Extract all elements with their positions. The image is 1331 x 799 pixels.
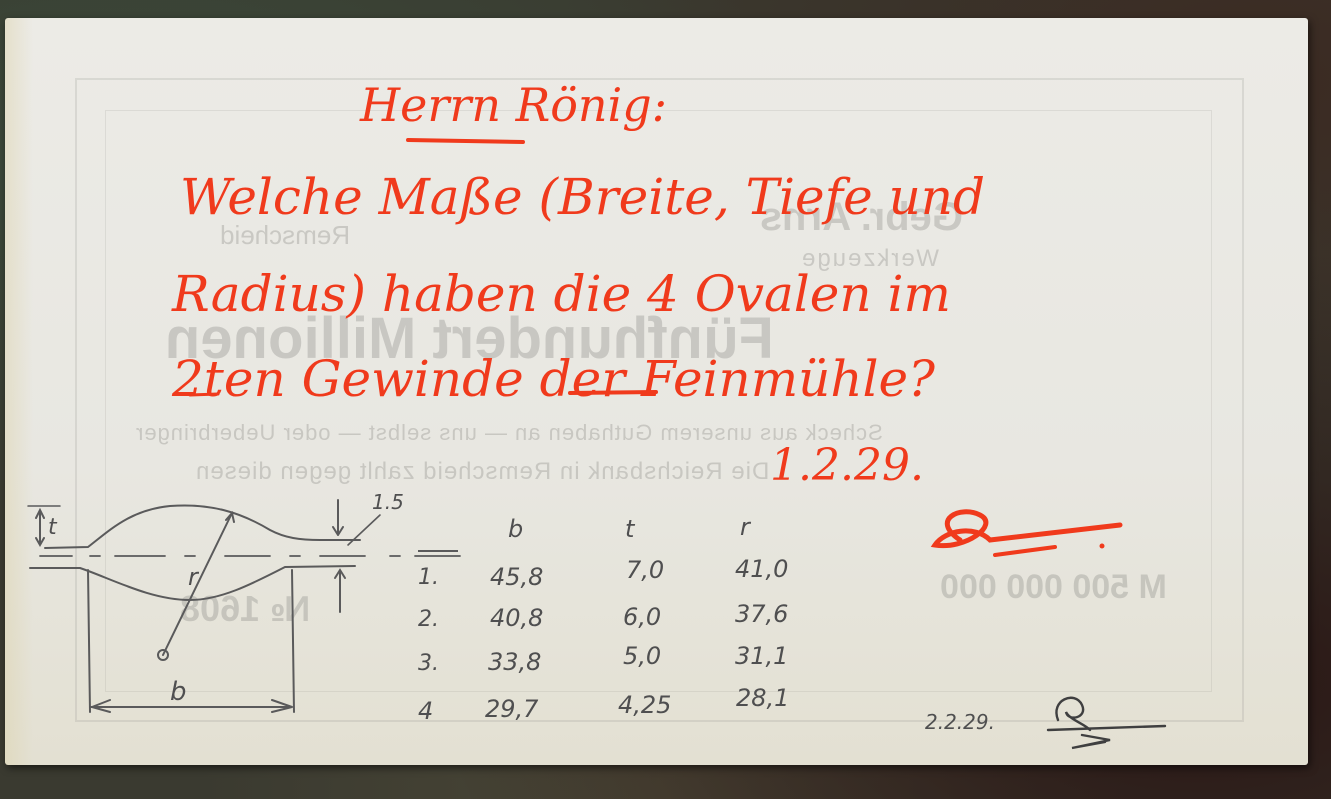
col-header-b: b (508, 515, 523, 543)
col-header-r: r (740, 513, 750, 541)
note-date: 1.2.29. (770, 440, 924, 491)
label-t: t (48, 515, 57, 540)
reply-date: 2.2.29. (925, 710, 995, 734)
reply-signature-text: Rg (0, 0, 1, 1)
show-through-amount-figures: M 500 000 000 (940, 568, 1167, 607)
col-header-t: t (625, 515, 634, 543)
label-land: 1.5 (372, 490, 404, 514)
label-b: b (170, 677, 187, 707)
note-salutation: Herrn Rönig: (360, 78, 667, 132)
note-line-1: Welche Maße (Breite, Tiefe und (180, 168, 985, 226)
show-through-line-a: Die Reichsbank in Remscheid zahlt gegen … (195, 458, 769, 486)
label-r: r (188, 563, 198, 591)
note-signature: Q— (0, 0, 1, 1)
show-through-serial: № 1608 (180, 588, 310, 630)
note-line-3: 2ten Gewinde der Feinmühle? (172, 350, 935, 408)
note-line-2: Radius) haben die 4 Ovalen im (172, 265, 951, 323)
